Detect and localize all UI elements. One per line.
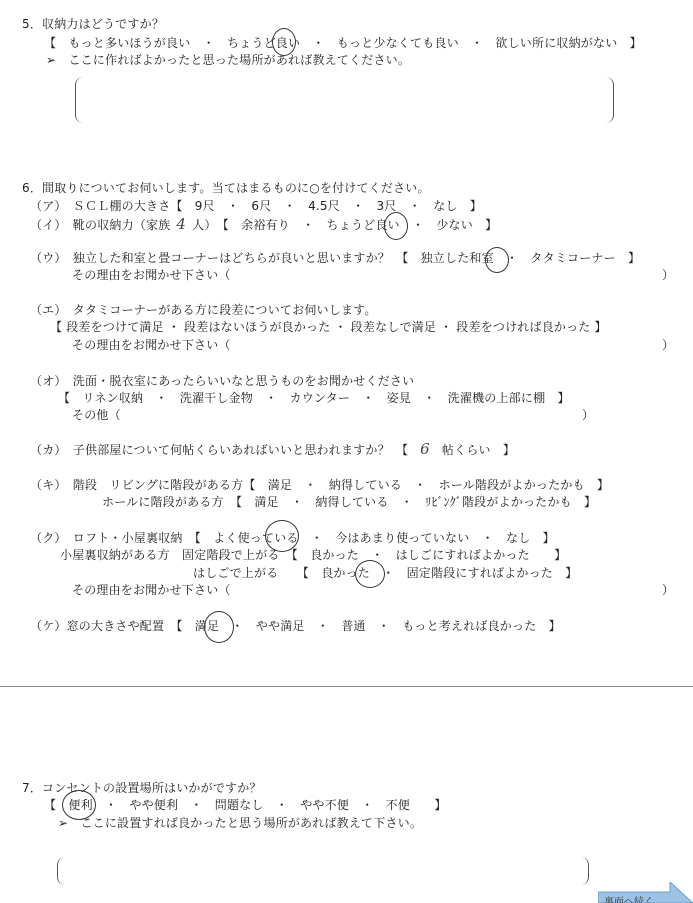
q6-ke-windows: （ケ）窓の大きさや配置 【 満足 ・ やや満足 ・ 普通 ・ もっと考えれば良か…: [30, 619, 561, 633]
q6-i-family-count[interactable]: 4: [170, 215, 192, 233]
q6-e-reason-close: ）: [662, 338, 674, 352]
q6-ki-stairs-hall: ホールに階段がある方 【 満足 ・ 納得している ・ ﾘﾋﾞﾝｸﾞ階段がよかった…: [102, 495, 596, 509]
q6-title: 6．間取りについてお伺いします。当てはまるものに○を付けてください。: [22, 181, 430, 195]
q6-i-label: （イ） 靴の収納力（家族: [30, 218, 170, 232]
q5-title: 5．収納力はどうですか？: [22, 17, 164, 31]
q6-ka-answer[interactable]: 6: [408, 440, 442, 458]
q6-e-reason-label: その理由をお聞かせ下さい（: [72, 338, 231, 352]
q6-ku-fixed-stairs: 小屋裏収納がある方 固定階段で上がる 【 良かった ・ はしごにすればよかった …: [60, 548, 566, 562]
q7-title: 7．コンセントの設置場所はいかがですか？: [22, 781, 262, 795]
q6-ku-loft: （ク） ロフト・小屋裏収納 【 よく使っている ・ 今はあまり使っていない ・ …: [30, 531, 555, 545]
q7-answer-box[interactable]: [57, 857, 589, 885]
q6-o-options: 【 リネン収納 ・ 洗濯干し金物 ・ カウンター ・ 姿見 ・ 洗濯機の上部に棚…: [58, 391, 570, 405]
q6-i-shoe-storage: （イ） 靴の収納力（家族4人） 【 余裕有り ・ ちょうど良い ・ 少ない 】: [30, 217, 497, 232]
q6-u-reason-close: ）: [662, 268, 674, 282]
q6-i-options: 人） 【 余裕有り ・ ちょうど良い ・ 少ない 】: [192, 218, 497, 232]
q6-ku-ladder: はしごで上がる 【 良かった ・ 固定階段にすればよかった 】: [193, 566, 577, 580]
q6-ki-stairs-living: （キ） 階段 リビングに階段がある方【 満足 ・ 納得している ・ ホール階段が…: [30, 478, 609, 492]
page-divider: [0, 686, 693, 687]
q5-prompt: ➢ ここに作ればよかったと思った場所があれば教えてください。: [46, 53, 410, 67]
q6-ka-unit: 帖くらい 】: [442, 443, 515, 457]
q7-prompt: ➢ ここに設置すれば良かったと思う場所があれば教えて下さい。: [58, 816, 422, 830]
q6-o-other-label: その他（: [72, 408, 121, 422]
q6-ka-label: （カ） 子供部屋について何帖くらいあればいいと思われますか？ 【: [30, 443, 408, 457]
continue-arrow: 裏面へ続く: [598, 882, 693, 903]
q6-a-scl-shelf: （ア） ＳＣＬ棚の大きさ【 9尺 ・ 6尺 ・ 4.5尺 ・ 3尺 ・ なし 】: [30, 199, 482, 213]
q6-e-step: （エ） タタミコーナーがある方に段差についてお伺いします。: [30, 303, 377, 317]
q5-answer-box[interactable]: [75, 77, 614, 123]
q6-e-options: 【 段差をつけて満足 ・ 段差はないほうが良かった ・ 段差なしで満足 ・ 段差…: [50, 320, 607, 334]
q6-u-reason-label: その理由をお聞かせ下さい（: [72, 268, 231, 282]
q6-ku-reason-close: ）: [662, 583, 674, 597]
q6-ka-kids-room: （カ） 子供部屋について何帖くらいあればいいと思われますか？ 【6帖くらい 】: [30, 442, 515, 457]
q7-options: 【 便利 ・ やや便利 ・ 問題なし ・ やや不便 ・ 不便 】: [44, 798, 447, 812]
q6-o-other-close: ）: [582, 408, 594, 422]
continue-label: 裏面へ続く: [604, 893, 654, 903]
q6-u-japanese-room: （ウ） 独立した和室と畳コーナーはどちらが良いと思いますか？ 【 独立した和室 …: [30, 251, 640, 265]
q6-ku-reason-label: その理由をお聞かせ下さい（: [72, 583, 231, 597]
q5-options: 【 もっと多いほうが良い ・ ちょうど良い ・ もっと少なくても良い ・ 欲しい…: [44, 36, 642, 50]
q6-o-washroom: （オ） 洗面・脱衣室にあったらいいなと思うものをお聞かせください: [30, 374, 414, 388]
